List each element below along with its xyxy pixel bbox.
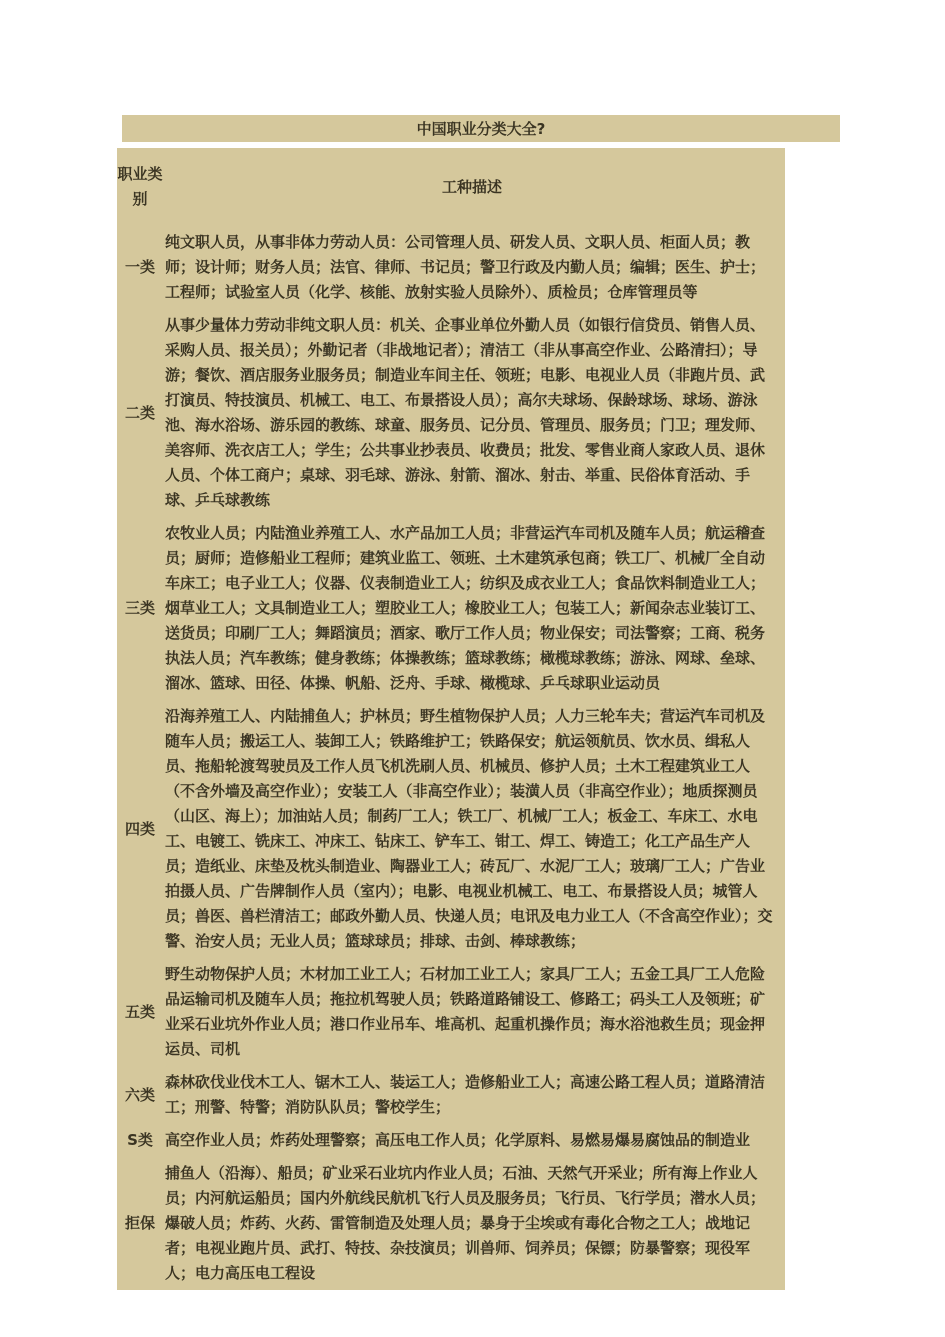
table-row: 四类 沿海养殖工人、内陆捕鱼人；护林员；野生植物保护人员；人力三轮车夫；营运汽车… xyxy=(117,700,785,958)
table-row: 拒保 捕鱼人（沿海）、船员；矿业采石业坑内作业人员；石油、天然气开采业；所有海上… xyxy=(117,1157,785,1290)
table-row: 六类 森林砍伐业伐木工人、锯木工人、装运工人；造修船业工人；高速公路工程人员；道… xyxy=(117,1066,785,1124)
description-text: 捕鱼人（沿海）、船员；矿业采石业坑内作业人员；石油、天然气开采业；所有海上作业人… xyxy=(163,1157,785,1290)
category-label: 一类 xyxy=(117,255,163,280)
table-row: 三类 农牧业人员；内陆渔业养殖工人、水产品加工人员；非营运汽车司机及随车人员；航… xyxy=(117,517,785,700)
description-column-header: 工种描述 xyxy=(163,171,785,204)
table-row: 二类 从事少量体力劳动非纯文职人员：机关、企事业单位外勤人员（如银行信贷员、销售… xyxy=(117,309,785,517)
table-row: 五类 野生动物保护人员；木材加工业工人；石材加工业工人；家具厂工人；五金工具厂工… xyxy=(117,958,785,1066)
occupation-table: 职业类别 工种描述 一类 纯文职人员，从事非体力劳动人员：公司管理人员、研发人员… xyxy=(117,148,785,1290)
category-label: 四类 xyxy=(117,817,163,842)
page-title: 中国职业分类大全? xyxy=(417,118,546,139)
description-text: 农牧业人员；内陆渔业养殖工人、水产品加工人员；非营运汽车司机及随车人员；航运稽查… xyxy=(163,517,785,700)
description-text: 高空作业人员；炸药处理警察；高压电工作人员；化学原料、易燃易爆易腐蚀品的制造业 xyxy=(163,1124,785,1157)
category-label: 六类 xyxy=(117,1083,163,1108)
description-text: 纯文职人员，从事非体力劳动人员：公司管理人员、研发人员、文职人员、柜面人员；教师… xyxy=(163,226,785,309)
description-text: 从事少量体力劳动非纯文职人员：机关、企事业单位外勤人员（如银行信贷员、销售人员、… xyxy=(163,309,785,517)
description-text: 沿海养殖工人、内陆捕鱼人；护林员；野生植物保护人员；人力三轮车夫；营运汽车司机及… xyxy=(163,700,785,958)
category-label: 五类 xyxy=(117,1000,163,1025)
table-row: S类 高空作业人员；炸药处理警察；高压电工作人员；化学原料、易燃易爆易腐蚀品的制… xyxy=(117,1124,785,1157)
description-text: 野生动物保护人员；木材加工业工人；石材加工业工人；家具厂工人；五金工具厂工人危险… xyxy=(163,958,785,1066)
category-label: S类 xyxy=(117,1128,163,1153)
document-title-bar: 中国职业分类大全? xyxy=(122,115,840,142)
category-column-header: 职业类别 xyxy=(117,162,163,212)
table-header-row: 职业类别 工种描述 xyxy=(117,148,785,226)
category-label: 三类 xyxy=(117,596,163,621)
description-text: 森林砍伐业伐木工人、锯木工人、装运工人；造修船业工人；高速公路工程人员；道路清洁… xyxy=(163,1066,785,1124)
table-body: 一类 纯文职人员，从事非体力劳动人员：公司管理人员、研发人员、文职人员、柜面人员… xyxy=(117,226,785,1290)
table-row: 一类 纯文职人员，从事非体力劳动人员：公司管理人员、研发人员、文职人员、柜面人员… xyxy=(117,226,785,309)
category-label: 拒保 xyxy=(117,1211,163,1236)
document-page: 中国职业分类大全? 职业类别 工种描述 一类 纯文职人员，从事非体力劳动人员：公… xyxy=(0,0,945,1337)
category-label: 二类 xyxy=(117,401,163,426)
